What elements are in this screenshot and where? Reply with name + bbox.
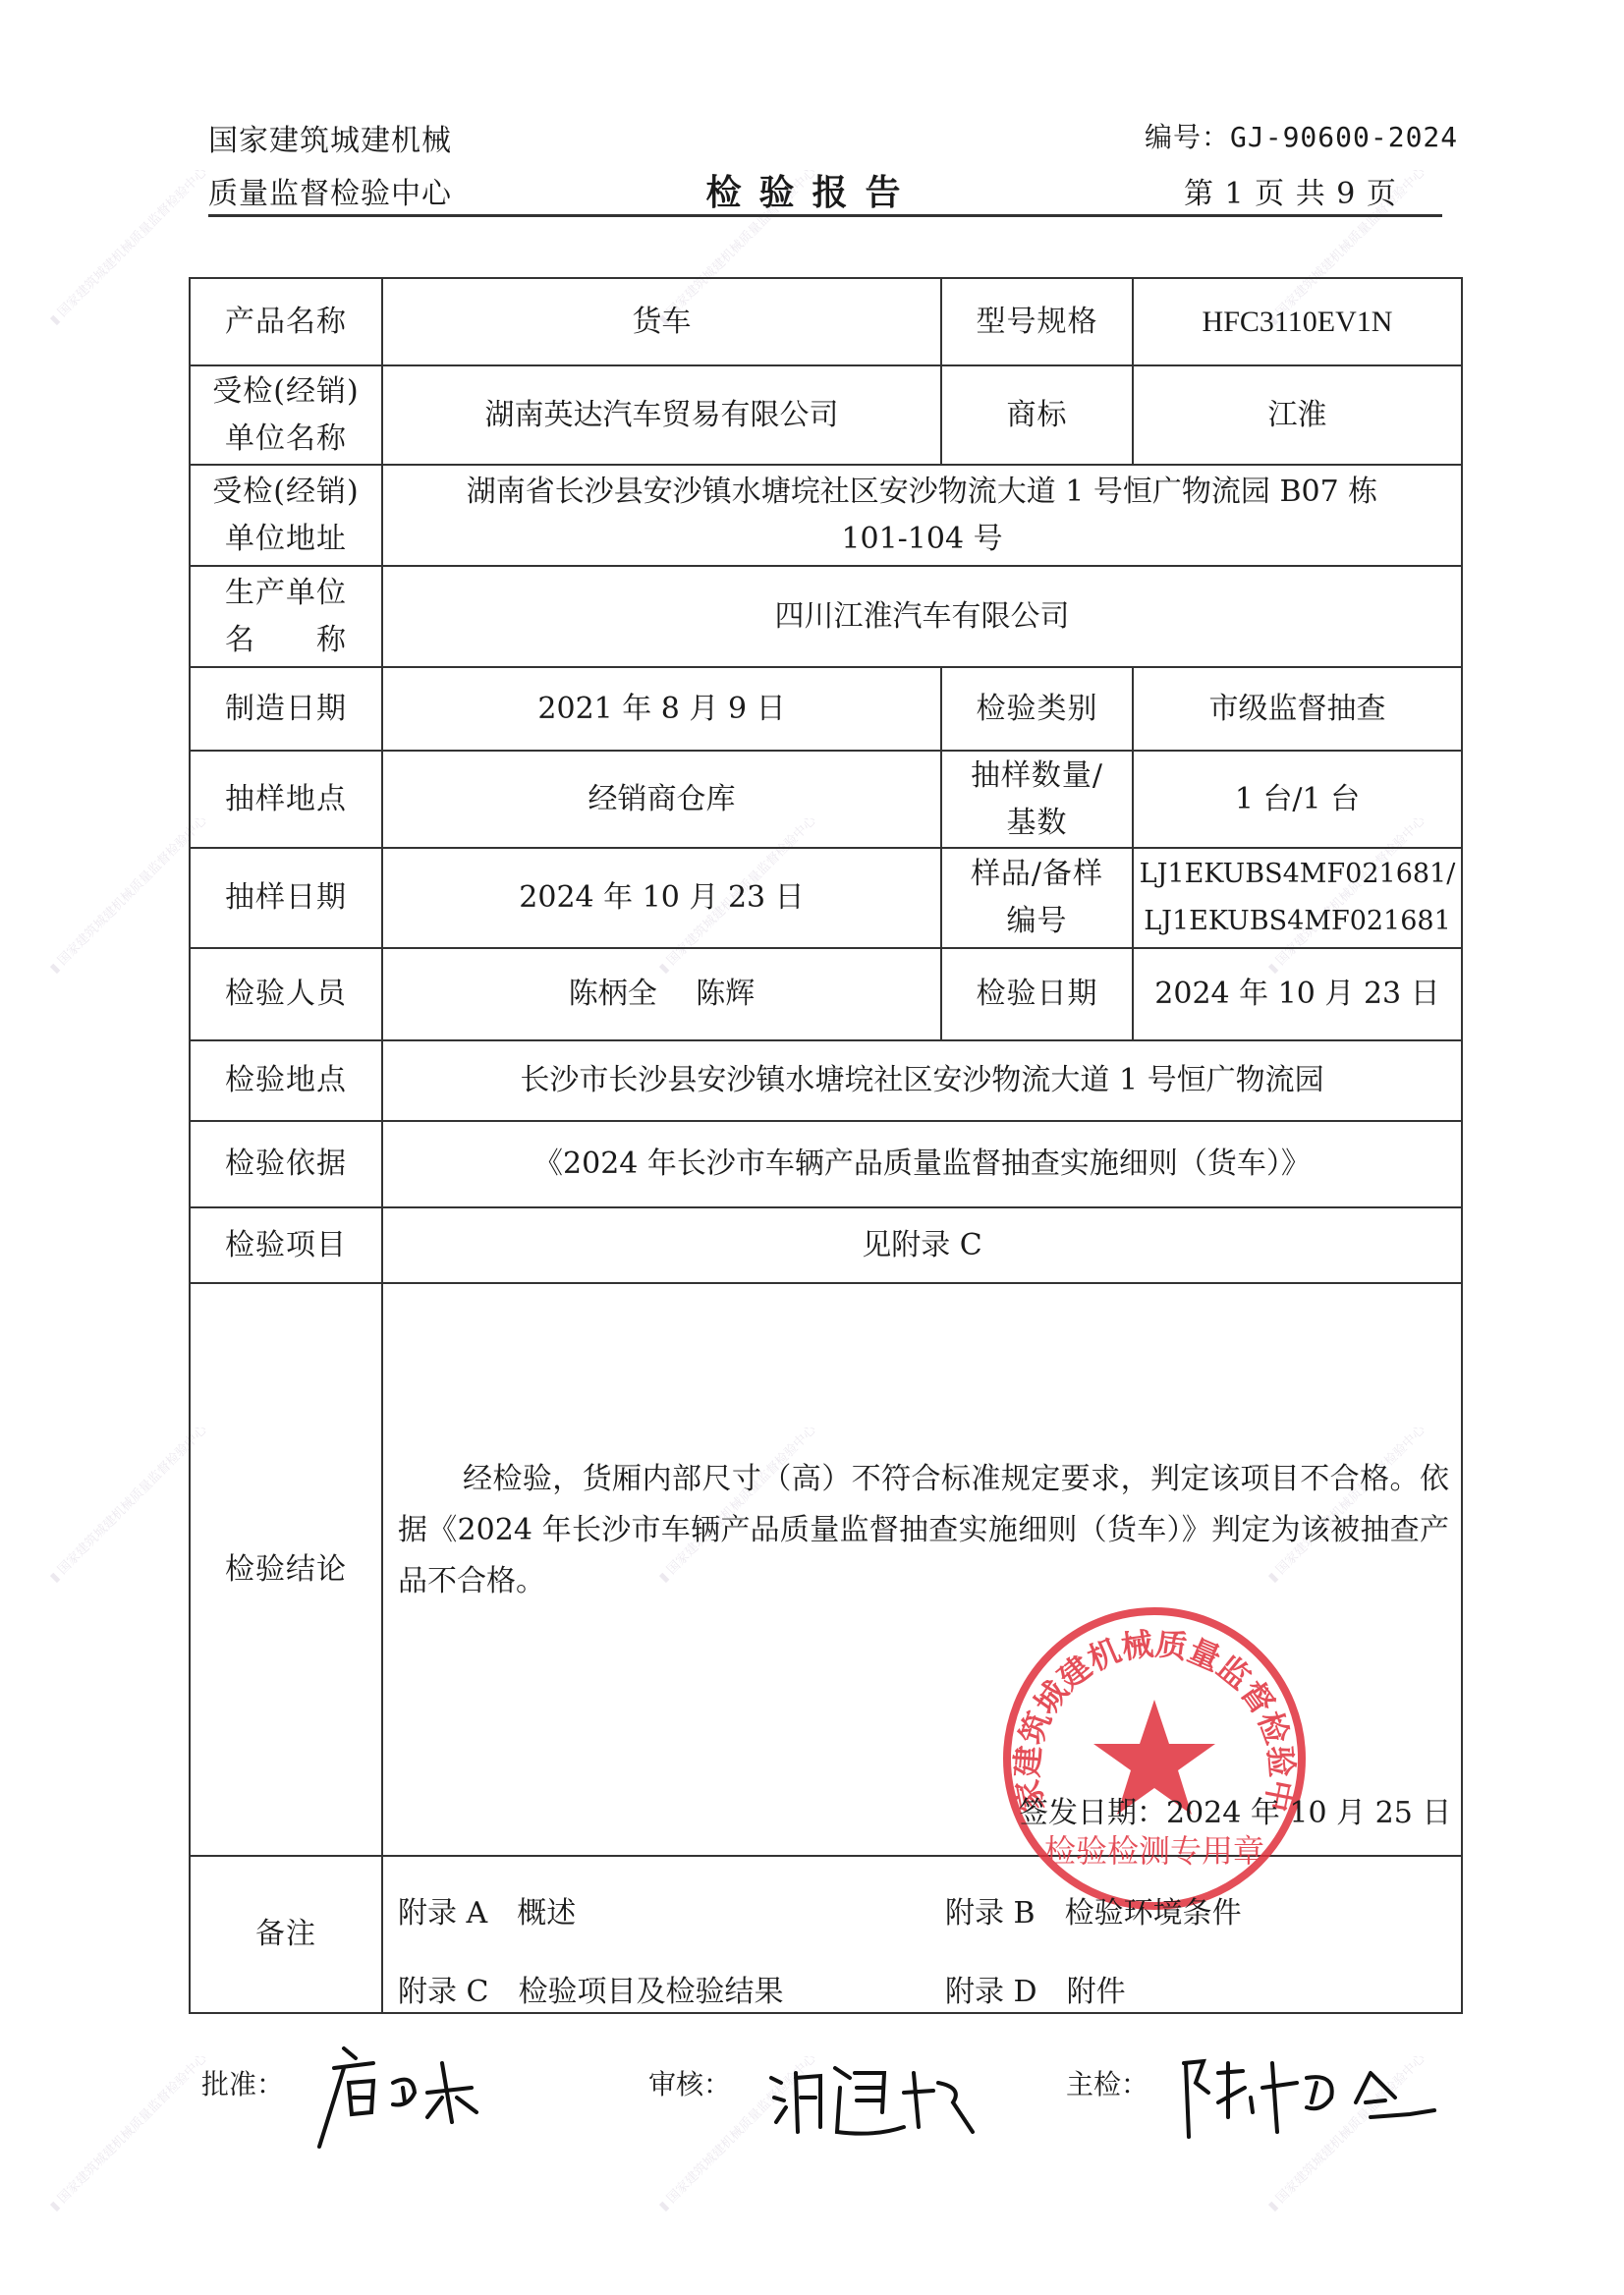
mfg-date-value: 2021 年 8 月 9 日 — [382, 667, 941, 751]
brand-label: 商标 — [941, 365, 1133, 465]
appendix-c: 附录 C 检验项目及检验结果 — [398, 1967, 784, 2010]
inspection-place-label: 检验地点 — [190, 1040, 382, 1121]
appendix-b: 附录 B 检验环境条件 — [945, 1888, 1242, 1931]
items-value: 见附录 C — [382, 1207, 1462, 1283]
sample-no-value: LJ1EKUBS4MF021681/ LJ1EKUBS4MF021681 — [1133, 848, 1462, 948]
approve-signature: 唐日冰 — [314, 2043, 531, 2155]
mfg-date-label: 制造日期 — [190, 667, 382, 751]
product-name-value: 货车 — [382, 278, 941, 365]
review-label: 审核： — [648, 2063, 731, 2102]
address-value: 湖南省长沙县安沙镇水塘垸社区安沙物流大道 1 号恒广物流园 B07 栋 101-… — [382, 465, 1462, 566]
watermark: ▮ 国家建筑城建机械质量监督检验中心 — [44, 811, 210, 977]
sampling-date-value: 2024 年 10 月 23 日 — [382, 848, 941, 948]
header-divider — [208, 214, 1442, 217]
table-row: 受检(经销) 单位名称 湖南英达汽车贸易有限公司 商标 江淮 — [190, 365, 1462, 465]
label-line: 编号 — [948, 898, 1126, 945]
basis-value: 《2024 年长沙市车辆产品质量监督抽查实施细则（货车）》 — [382, 1121, 1462, 1207]
sample-no-label: 样品/备样 编号 — [941, 848, 1133, 948]
label-line: 生产单位 — [196, 570, 375, 617]
inspection-type-value: 市级监督抽查 — [1133, 667, 1462, 751]
basis-label: 检验依据 — [190, 1121, 382, 1207]
inspection-date-label: 检验日期 — [941, 948, 1133, 1040]
table-row: 抽样地点 经销商仓库 抽样数量/ 基数 1 台/1 台 — [190, 751, 1462, 848]
table-row: 检验依据 《2024 年长沙市车辆产品质量监督抽查实施细则（货车）》 — [190, 1121, 1462, 1207]
inspection-type-label: 检验类别 — [941, 667, 1133, 751]
table-row: 受检(经销) 单位地址 湖南省长沙县安沙镇水塘垸社区安沙物流大道 1 号恒广物流… — [190, 465, 1462, 566]
issue-date: 签发日期：2024 年 10 月 25 日 — [1019, 1788, 1451, 1831]
model-label: 型号规格 — [941, 278, 1133, 365]
signature-icon — [314, 2043, 531, 2152]
sampling-place-label: 抽样地点 — [190, 751, 382, 848]
appendix-a: 附录 A 概述 — [398, 1888, 576, 1931]
inspected-unit-value: 湖南英达汽车贸易有限公司 — [382, 365, 941, 465]
sampling-date-label: 抽样日期 — [190, 848, 382, 948]
table-row: 检验地点 长沙市长沙县安沙镇水塘垸社区安沙物流大道 1 号恒广物流园 — [190, 1040, 1462, 1121]
model-value: HFC3110EV1N — [1133, 278, 1462, 365]
items-label: 检验项目 — [190, 1207, 382, 1283]
inspected-unit-label: 受检(经销) 单位名称 — [190, 365, 382, 465]
sample-qty-value: 1 台/1 台 — [1133, 751, 1462, 848]
appendix-d: 附录 D 附件 — [945, 1967, 1126, 2010]
table-row: 生产单位 名 称 四川江淮汽车有限公司 — [190, 566, 1462, 667]
review-signature: 胡道权 — [766, 2043, 992, 2155]
manufacturer-value: 四川江淮汽车有限公司 — [382, 566, 1462, 667]
signature-icon — [1174, 2043, 1449, 2152]
address-line: 101-104 号 — [389, 516, 1455, 563]
sample-no-line: LJ1EKUBS4MF021681/ — [1136, 851, 1459, 898]
label-line: 受检(经销) — [196, 368, 375, 416]
product-name-label: 产品名称 — [190, 278, 382, 365]
table-row: 产品名称 货车 型号规格 HFC3110EV1N — [190, 278, 1462, 365]
seal-bottom-text: 检验检测专用章 — [1044, 1832, 1264, 1870]
sample-no-line: LJ1EKUBS4MF021681 — [1136, 898, 1459, 945]
address-line: 湖南省长沙县安沙镇水塘垸社区安沙物流大道 1 号恒广物流园 B07 栋 — [389, 469, 1455, 516]
org-name-line1: 国家建筑城建机械 — [208, 116, 452, 159]
label-line: 单位名称 — [196, 416, 375, 463]
signature-icon — [766, 2043, 992, 2152]
remarks-label: 备注 — [190, 1856, 382, 2013]
inspection-date-value: 2024 年 10 月 23 日 — [1133, 948, 1462, 1040]
conclusion-label: 检验结论 — [190, 1283, 382, 1856]
table-row: 制造日期 2021 年 8 月 9 日 检验类别 市级监督抽查 — [190, 667, 1462, 751]
inspection-place-value: 长沙市长沙县安沙镇水塘垸社区安沙物流大道 1 号恒广物流园 — [382, 1040, 1462, 1121]
label-line: 基数 — [948, 800, 1126, 847]
inspectors-label: 检验人员 — [190, 948, 382, 1040]
table-row: 检验人员 陈柄全 陈辉 检验日期 2024 年 10 月 23 日 — [190, 948, 1462, 1040]
official-seal-icon: 国家建筑城建机械质量监督检验中心 检验检测专用章 — [997, 1601, 1312, 1916]
page-info: 第 1 页 共 9 页 — [1184, 169, 1397, 212]
watermark: ▮ 国家建筑城建机械质量监督检验中心 — [44, 1420, 210, 1586]
table-row: 检验项目 见附录 C — [190, 1207, 1462, 1283]
report-number: 编号：GJ-90600-2024 — [1145, 116, 1458, 155]
label-line: 名 称 — [196, 617, 375, 664]
inspectors-value: 陈柄全 陈辉 — [382, 948, 941, 1040]
approve-label: 批准： — [201, 2063, 284, 2102]
label-line: 受检(经销) — [196, 469, 375, 516]
watermark: ▮ 国家建筑城建机械质量监督检验中心 — [44, 2048, 210, 2214]
conclusion-text: 经检验，货厢内部尺寸（高）不符合标准规定要求，判定该项目不合格。依据《2024 … — [398, 1454, 1449, 1607]
label-line: 单位地址 — [196, 516, 375, 563]
label-line: 样品/备样 — [948, 851, 1126, 898]
sample-qty-label: 抽样数量/ 基数 — [941, 751, 1133, 848]
chief-inspector-signature: 陈柄全 — [1174, 2043, 1449, 2155]
sampling-place-value: 经销商仓库 — [382, 751, 941, 848]
manufacturer-label: 生产单位 名 称 — [190, 566, 382, 667]
brand-value: 江淮 — [1133, 365, 1462, 465]
address-label: 受检(经销) 单位地址 — [190, 465, 382, 566]
label-line: 抽样数量/ — [948, 753, 1126, 800]
table-row: 抽样日期 2024 年 10 月 23 日 样品/备样 编号 LJ1EKUBS4… — [190, 848, 1462, 948]
chief-inspector-label: 主检： — [1066, 2063, 1148, 2102]
